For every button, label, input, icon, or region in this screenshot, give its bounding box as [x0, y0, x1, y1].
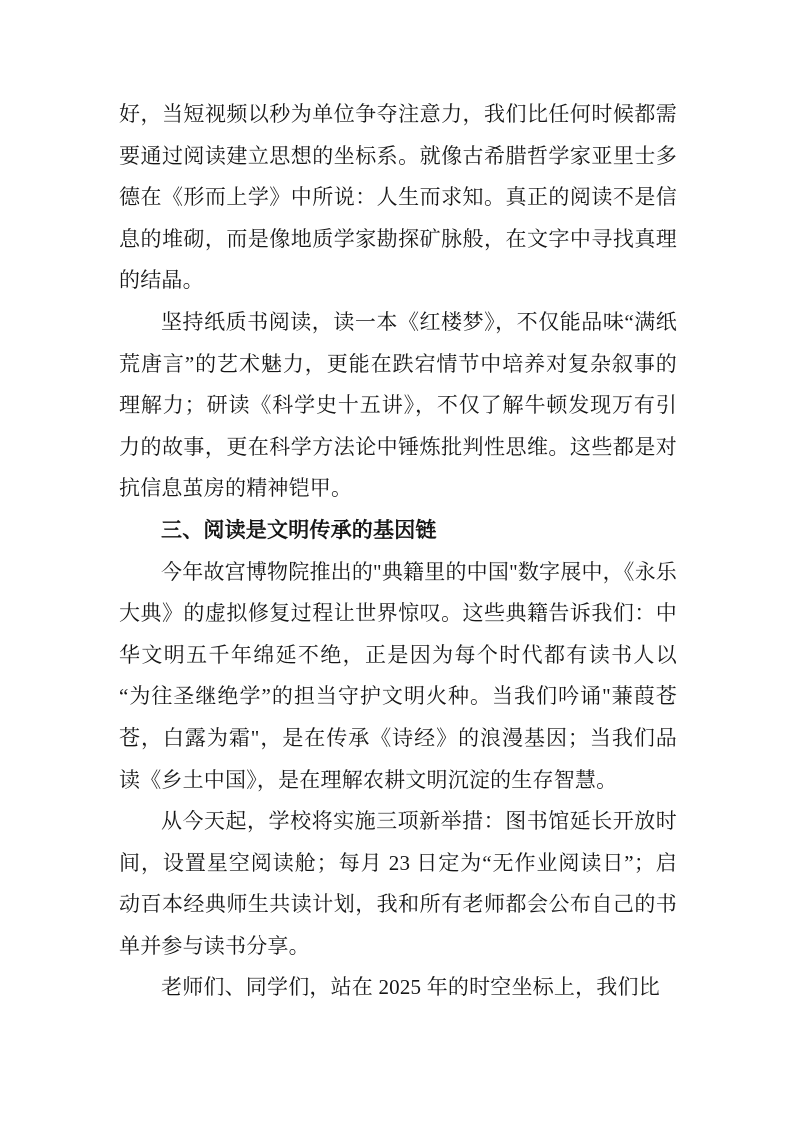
paragraph: 今年故宫博物院推出的"典籍里的中国"数字展中，《永乐大典》的虚拟修复过程让世界惊…: [119, 552, 677, 802]
paragraph: 好，当短视频以秒为单位争夺注意力，我们比任何时候都需要通过阅读建立思想的坐标系。…: [119, 94, 677, 302]
paragraph: 从今天起，学校将实施三项新举措：图书馆延长开放时间，设置星空阅读舱；每月 23 …: [119, 801, 677, 967]
document-text-area: 好，当短视频以秒为单位争夺注意力，我们比任何时候都需要通过阅读建立思想的坐标系。…: [119, 94, 677, 1009]
paragraph: 坚持纸质书阅读，读一本《红楼梦》，不仅能品味“满纸荒唐言”的艺术魅力，更能在跌宕…: [119, 302, 677, 510]
paragraph: 老师们、同学们，站在 2025 年的时空坐标上，我们比: [119, 967, 677, 1009]
section-heading: 三、阅读是文明传承的基因链: [119, 510, 677, 552]
document-page: 好，当短视频以秒为单位争夺注意力，我们比任何时候都需要通过阅读建立思想的坐标系。…: [0, 0, 793, 1122]
